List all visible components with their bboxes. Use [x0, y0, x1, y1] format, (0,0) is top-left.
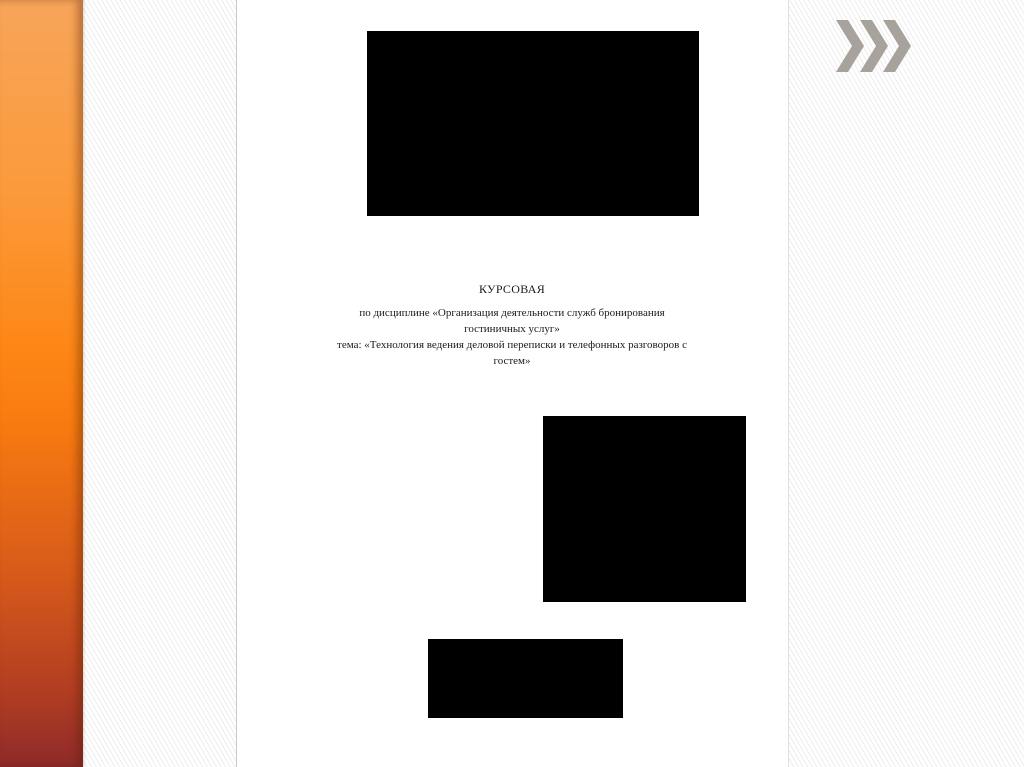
redacted-header-block	[367, 31, 699, 216]
orange-sidebar-decoration	[0, 0, 83, 767]
triple-chevron-right-icon	[836, 20, 912, 72]
document-line: по дисциплине «Организация деятельности …	[287, 305, 737, 321]
redacted-author-block	[543, 416, 746, 602]
document-line: тема: «Технология ведения деловой перепи…	[287, 337, 737, 353]
document-page: КУРСОВАЯ по дисциплине «Организация деят…	[236, 0, 789, 767]
document-line: гостиничных услуг»	[287, 321, 737, 337]
document-subject: по дисциплине «Организация деятельности …	[287, 305, 737, 369]
document-title: КУРСОВАЯ	[287, 281, 737, 297]
document-line: гостем»	[287, 353, 737, 369]
redacted-city-year-block	[428, 639, 623, 718]
